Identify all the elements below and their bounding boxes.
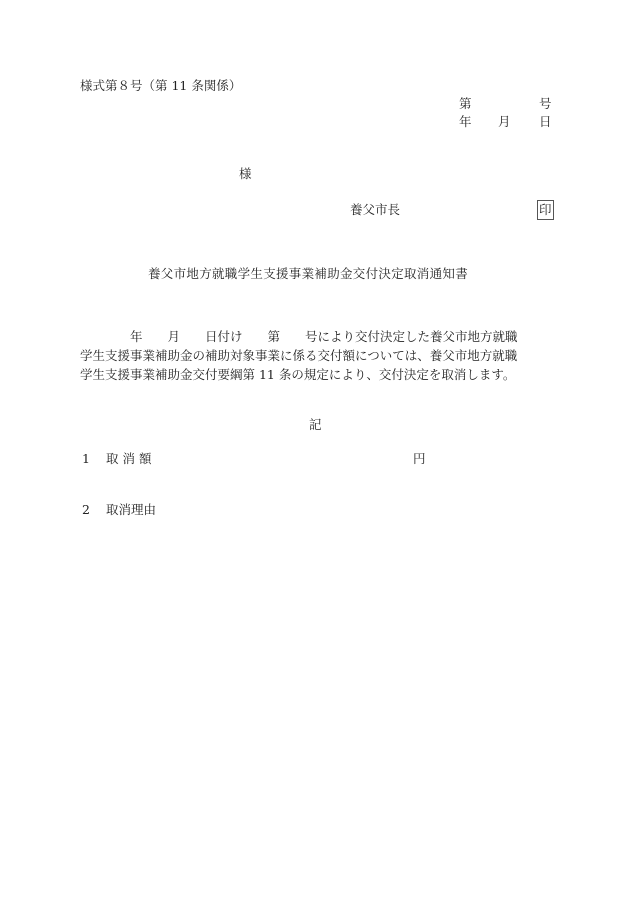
sender-title: 養父市長 <box>350 202 400 218</box>
seal-mark: 印 <box>537 200 554 220</box>
item-1-unit: 円 <box>413 451 426 467</box>
date-day: 日 <box>539 114 552 130</box>
document-title: 養父市地方就職学生支援事業補助金交付決定取消通知書 <box>148 266 468 282</box>
item-1-number: 1 <box>82 451 90 467</box>
item-1-label: 取 消 額 <box>106 451 151 467</box>
body-line-2: 学生支援事業補助金の補助対象事業に係る交付額については、養父市地方就職 <box>80 347 552 365</box>
seal-stamp: 印 <box>537 200 554 220</box>
date-year: 年 <box>459 114 472 130</box>
doc-number-suffix: 号 <box>539 96 552 112</box>
item-2-number: 2 <box>82 502 90 518</box>
addressee-honorific: 様 <box>239 166 252 182</box>
body-line-3: 学生支援事業補助金交付要綱第 11 条の規定により、交付決定を取消します。 <box>80 366 552 384</box>
doc-number-prefix: 第 <box>459 96 472 112</box>
date-month: 月 <box>498 114 511 130</box>
body-line-1: 年 月 日付け 第 号により交付決定した養父市地方就職 <box>80 328 552 346</box>
item-2-label: 取消理由 <box>106 502 156 518</box>
form-number: 様式第８号（第 11 条関係） <box>80 78 241 94</box>
record-mark: 記 <box>309 417 322 433</box>
